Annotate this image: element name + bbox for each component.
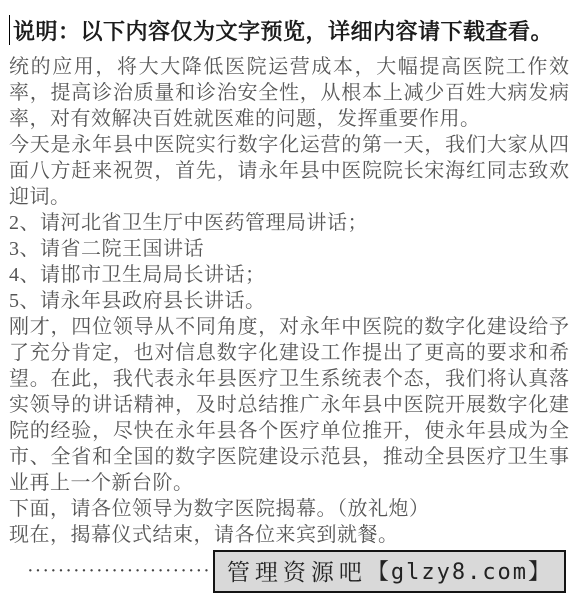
watermark-badge: 管理资源吧【glzy8.com】 bbox=[213, 550, 566, 593]
text-line: 现在，揭幕仪式结束，请各位来宾到就餐。 bbox=[9, 522, 569, 548]
text-line: 实领导的讲话精神，及时总结推广永年县中医院开展数字化建 bbox=[9, 392, 569, 418]
text-line: 今天是永年县中医院实行数字化运营的第一天，我们大家从四 bbox=[9, 132, 569, 158]
text-line: 率，提高诊治质量和诊治安全性，从根本上减少百姓大病发病 bbox=[9, 80, 569, 106]
text-line: 统的应用，将大大降低医院运营成本，大幅提高医院工作效 bbox=[9, 54, 569, 80]
text-line: 望。在此，我代表永年县医疗卫生系统表个态，我们将认真落 bbox=[9, 366, 569, 392]
text-line: 面八方赶来祝贺，首先，请永年县中医院院长宋海红同志致欢 bbox=[9, 158, 569, 184]
text-line: 2、请河北省卫生厅中医药管理局讲话； bbox=[9, 210, 569, 236]
dotted-leader: ························ bbox=[27, 560, 211, 583]
text-line: 下面，请各位领导为数字医院揭幕。（放礼炮） bbox=[9, 496, 569, 522]
text-line: 了充分肯定，也对信息数字化建设工作提出了更高的要求和希 bbox=[9, 340, 569, 366]
preview-notice-row: 说明：以下内容仅为文字预览，详细内容请下载查看。 bbox=[9, 14, 570, 46]
document-preview[interactable]: 说明：以下内容仅为文字预览，详细内容请下载查看。 统的应用，将大大降低医院运营成… bbox=[0, 0, 578, 600]
text-line: 4、请邯市卫生局局长讲话； bbox=[9, 262, 569, 288]
text-line: 业再上一个新台阶。 bbox=[9, 470, 569, 496]
watermark-site-url: 【glzy8.com】 bbox=[367, 555, 552, 586]
watermark-site-name: 管理资源吧 bbox=[227, 554, 367, 587]
document-body: 统的应用，将大大降低医院运营成本，大幅提高医院工作效 率，提高诊治质量和诊治安全… bbox=[9, 54, 569, 548]
text-line: 迎词。 bbox=[9, 184, 569, 210]
text-line: 刚才，四位领导从不同角度，对永年中医院的数字化建设给予 bbox=[9, 314, 569, 340]
text-cursor bbox=[9, 15, 10, 45]
text-line: 市、全省和全国的数字医院建设示范县，推动全县医疗卫生事 bbox=[9, 444, 569, 470]
text-line: 3、请省二院王国讲话 bbox=[9, 236, 569, 262]
preview-notice: 说明：以下内容仅为文字预览，详细内容请下载查看。 bbox=[13, 15, 553, 46]
text-line: 率，对有效解决百姓就医难的问题，发挥重要作用。 bbox=[9, 106, 569, 132]
text-line: 5、请永年县政府县长讲话。 bbox=[9, 288, 569, 314]
footer-row: ························ 管理资源吧【glzy8.com… bbox=[9, 550, 570, 593]
text-line: 院的经验，尽快在永年县各个医疗单位推开，使永年县成为全 bbox=[9, 418, 569, 444]
